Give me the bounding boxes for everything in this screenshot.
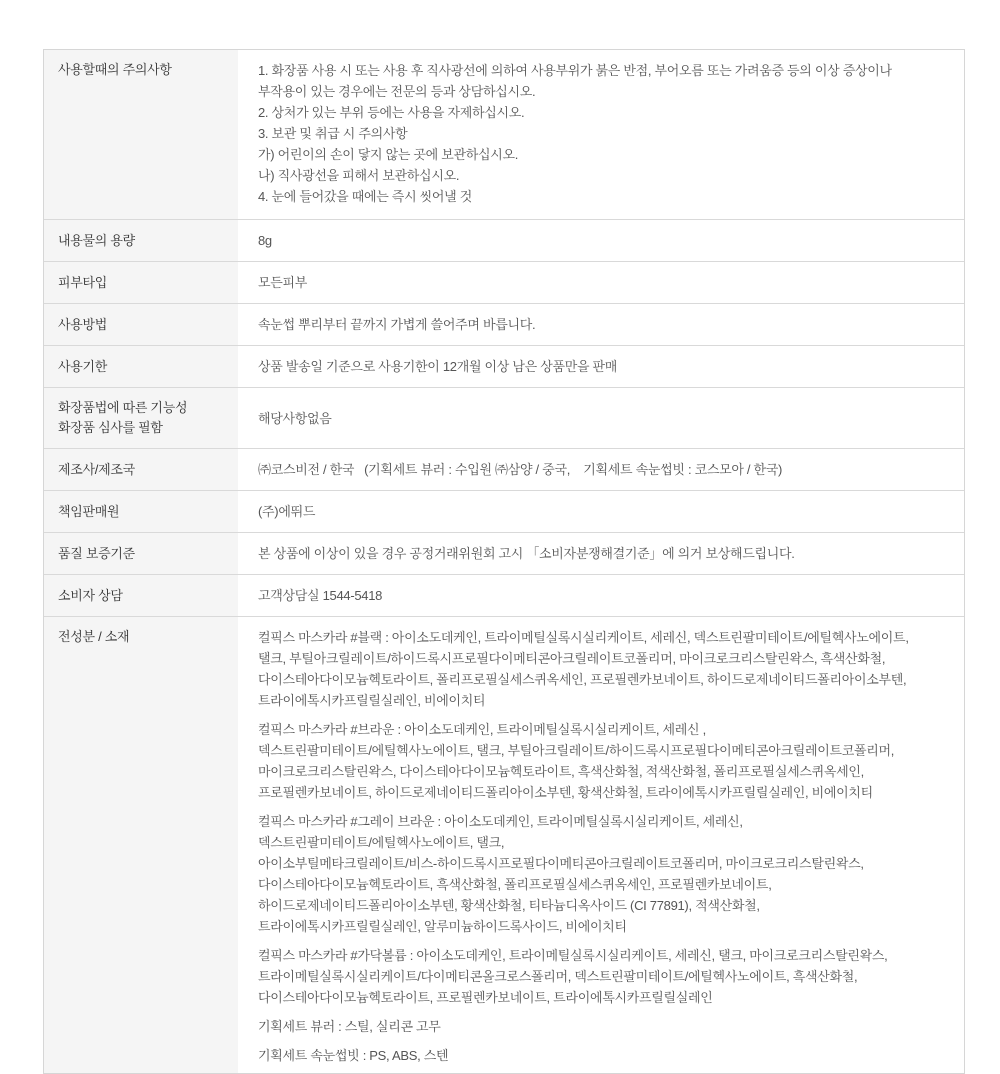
value-seller: (주)에뛰드 <box>238 491 964 533</box>
ingredient-line: 트라이에톡시카프릴릴실레인, 비에이치티 <box>258 690 944 711</box>
product-info-grid: 사용할때의 주의사항 1. 화장품 사용 시 또는 사용 후 직사광선에 의하여… <box>44 50 964 1073</box>
value-ingredients: 컬픽스 마스카라 #블랙 : 아이소도데케인, 트라이메틸실록시실리케이트, 세… <box>238 617 964 1073</box>
ingredient-line: 덱스트린팔미테이트/에틸헥사노에이트, 탤크, 부틸아크릴레이트/하이드록시프로… <box>258 740 944 761</box>
ingredient-line: 기획세트 속눈썹빗 : PS, ABS, 스텐 <box>258 1045 944 1066</box>
value-quality-guarantee: 본 상품에 이상이 있을 경우 공정거래위원회 고시 「소비자분쟁해결기준」에 … <box>238 533 964 575</box>
ingredient-line: 덱스트린팔미테이트/에틸헥사노에이트, 탤크, <box>258 832 944 853</box>
row-quality-guarantee: 품질 보증기준 본 상품에 이상이 있을 경우 공정거래위원회 고시 「소비자분… <box>44 533 964 575</box>
caution-line: 2. 상처가 있는 부위 등에는 사용을 자제하십시오. <box>258 102 944 123</box>
ingredient-line: 아이소부틸메타크릴레이트/비스-하이드록시프로필다이메티콘아크릴레이트코폴리머,… <box>258 853 944 874</box>
ingredient-line: 컬픽스 마스카라 #가닥볼륨 : 아이소도데케인, 트라이메틸실록시실리케이트,… <box>258 945 944 966</box>
value-how-to-use: 속눈썹 뿌리부터 끝까지 가볍게 쓸어주며 바릅니다. <box>238 304 964 346</box>
value-manufacturer: ㈜코스비전 / 한국 (기획세트 뷰러 : 수입원 ㈜삼양 / 중국, 기획세트… <box>238 449 964 491</box>
ingredient-line: 컬픽스 마스카라 #블랙 : 아이소도데케인, 트라이메틸실록시실리케이트, 세… <box>258 627 944 648</box>
row-ingredients: 전성분 / 소재 컬픽스 마스카라 #블랙 : 아이소도데케인, 트라이메틸실록… <box>44 617 964 1073</box>
caution-line: 3. 보관 및 취급 시 주의사항 <box>258 123 944 144</box>
value-functional-review: 해당사항없음 <box>238 388 964 449</box>
ingredient-line: 탤크, 부틸아크릴레이트/하이드록시프로필다이메티콘아크릴레이트코폴리머, 마이… <box>258 648 944 669</box>
row-usage-caution: 사용할때의 주의사항 1. 화장품 사용 시 또는 사용 후 직사광선에 의하여… <box>44 50 964 220</box>
label-how-to-use: 사용방법 <box>44 304 238 346</box>
ingredient-line: 다이스테아다이모늄헥토라이트, 흑색산화철, 폴리프로필실세스퀴옥세인, 프로필… <box>258 874 944 895</box>
label-quality-guarantee: 품질 보증기준 <box>44 533 238 575</box>
row-volume: 내용물의 용량 8g <box>44 220 964 262</box>
caution-line: 1. 화장품 사용 시 또는 사용 후 직사광선에 의하여 사용부위가 붉은 반… <box>258 60 944 81</box>
ingredient-line: 컬픽스 마스카라 #그레이 브라운 : 아이소도데케인, 트라이메틸실록시실리케… <box>258 811 944 832</box>
label-ingredients: 전성분 / 소재 <box>44 617 238 1073</box>
row-skin-type: 피부타입 모든피부 <box>44 262 964 304</box>
label-line: 화장품법에 따른 기능성 <box>58 398 224 418</box>
label-volume: 내용물의 용량 <box>44 220 238 262</box>
material-lash-comb: 기획세트 속눈썹빗 : PS, ABS, 스텐 <box>258 1045 944 1066</box>
label-consumer-contact: 소비자 상담 <box>44 575 238 617</box>
ingredient-line: 마이크로크리스탈린왁스, 다이스테아다이모늄헥토라이트, 흑색산화철, 적색산화… <box>258 761 944 782</box>
product-info-table: 사용할때의 주의사항 1. 화장품 사용 시 또는 사용 후 직사광선에 의하여… <box>43 49 965 1074</box>
material-curler: 기획세트 뷰러 : 스틸, 실리콘 고무 <box>258 1016 944 1037</box>
row-expiry: 사용기한 상품 발송일 기준으로 사용기한이 12개월 이상 남은 상품만을 판… <box>44 346 964 388</box>
label-skin-type: 피부타입 <box>44 262 238 304</box>
row-manufacturer: 제조사/제조국 ㈜코스비전 / 한국 (기획세트 뷰러 : 수입원 ㈜삼양 / … <box>44 449 964 491</box>
label-manufacturer: 제조사/제조국 <box>44 449 238 491</box>
caution-line: 가) 어린이의 손이 닿지 않는 곳에 보관하십시오. <box>258 144 944 165</box>
label-functional-review: 화장품법에 따른 기능성 화장품 심사를 필함 <box>44 388 238 449</box>
ingredient-line: 프로필렌카보네이트, 하이드로제네이티드폴리아이소부텐, 황색산화철, 트라이에… <box>258 782 944 803</box>
value-skin-type: 모든피부 <box>238 262 964 304</box>
row-seller: 책임판매원 (주)에뛰드 <box>44 491 964 533</box>
ingredient-line: 다이스테아다이모늄헥토라이트, 프로필렌카보네이트, 트라이에톡시카프릴릴실레인 <box>258 987 944 1008</box>
caution-line: 나) 직사광선을 피해서 보관하십시오. <box>258 165 944 186</box>
ingredient-line: 다이스테아다이모늄헥토라이트, 폴리프로필실세스퀴옥세인, 프로필렌카보네이트,… <box>258 669 944 690</box>
ingredient-line: 컬픽스 마스카라 #브라운 : 아이소도데케인, 트라이메틸실록시실리케이트, … <box>258 719 944 740</box>
label-usage-caution: 사용할때의 주의사항 <box>44 50 238 220</box>
caution-line: 4. 눈에 들어갔을 때에는 즉시 씻어낼 것 <box>258 186 944 207</box>
ingredients-brown: 컬픽스 마스카라 #브라운 : 아이소도데케인, 트라이메틸실록시실리케이트, … <box>258 719 944 803</box>
value-expiry: 상품 발송일 기준으로 사용기한이 12개월 이상 남은 상품만을 판매 <box>238 346 964 388</box>
value-consumer-contact: 고객상담실 1544-5418 <box>238 575 964 617</box>
row-functional-review: 화장품법에 따른 기능성 화장품 심사를 필함 해당사항없음 <box>44 388 964 449</box>
ingredient-line: 하이드로제네이티드폴리아이소부텐, 황색산화철, 티타늄디옥사이드 (CI 77… <box>258 895 944 916</box>
ingredient-line: 트라이메틸실록시실리케이트/다이메티콘올크로스폴리머, 덱스트린팔미테이트/에틸… <box>258 966 944 987</box>
value-usage-caution: 1. 화장품 사용 시 또는 사용 후 직사광선에 의하여 사용부위가 붉은 반… <box>238 50 964 220</box>
ingredient-line: 트라이에톡시카프릴릴실레인, 알루미늄하이드록사이드, 비에이치티 <box>258 916 944 937</box>
ingredients-volume: 컬픽스 마스카라 #가닥볼륨 : 아이소도데케인, 트라이메틸실록시실리케이트,… <box>258 945 944 1008</box>
row-consumer-contact: 소비자 상담 고객상담실 1544-5418 <box>44 575 964 617</box>
label-line: 화장품 심사를 필함 <box>58 418 224 438</box>
ingredients-black: 컬픽스 마스카라 #블랙 : 아이소도데케인, 트라이메틸실록시실리케이트, 세… <box>258 627 944 711</box>
label-seller: 책임판매원 <box>44 491 238 533</box>
ingredients-gray-brown: 컬픽스 마스카라 #그레이 브라운 : 아이소도데케인, 트라이메틸실록시실리케… <box>258 811 944 937</box>
value-volume: 8g <box>238 220 964 262</box>
label-expiry: 사용기한 <box>44 346 238 388</box>
row-how-to-use: 사용방법 속눈썹 뿌리부터 끝까지 가볍게 쓸어주며 바릅니다. <box>44 304 964 346</box>
ingredient-line: 기획세트 뷰러 : 스틸, 실리콘 고무 <box>258 1016 944 1037</box>
caution-line: 부작용이 있는 경우에는 전문의 등과 상담하십시오. <box>258 81 944 102</box>
